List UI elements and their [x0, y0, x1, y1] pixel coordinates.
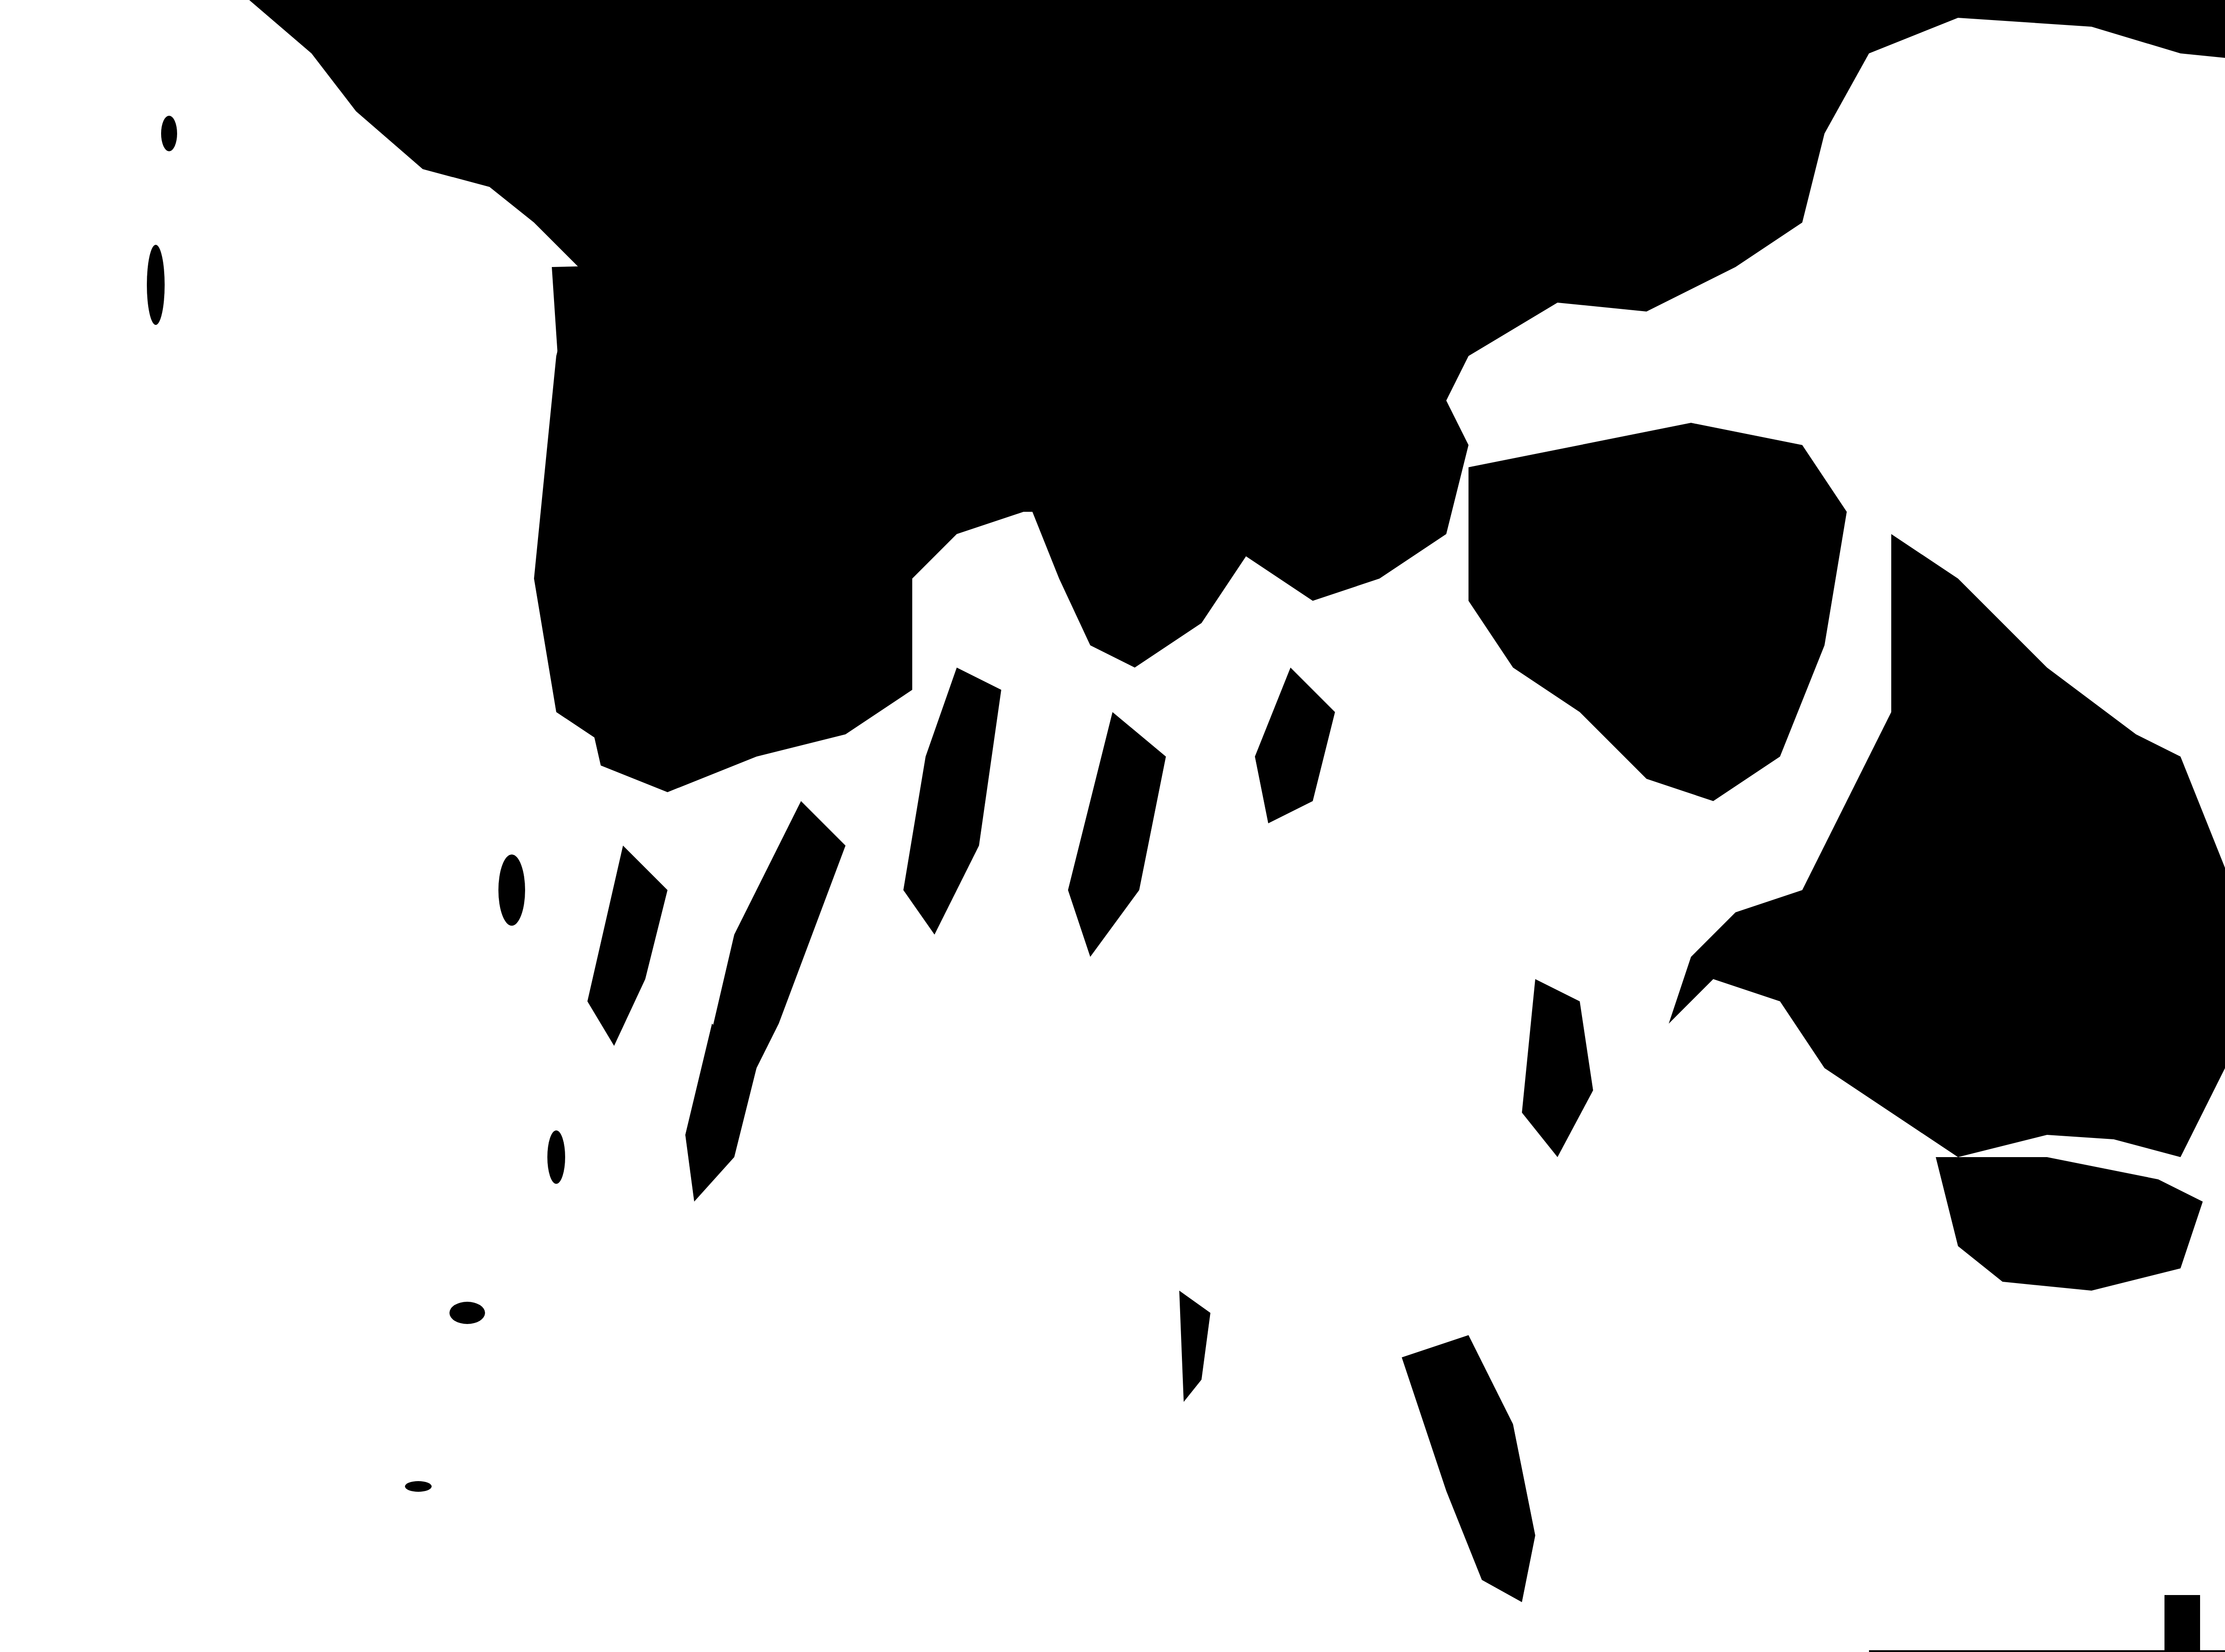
binary-image — [0, 0, 2225, 1652]
